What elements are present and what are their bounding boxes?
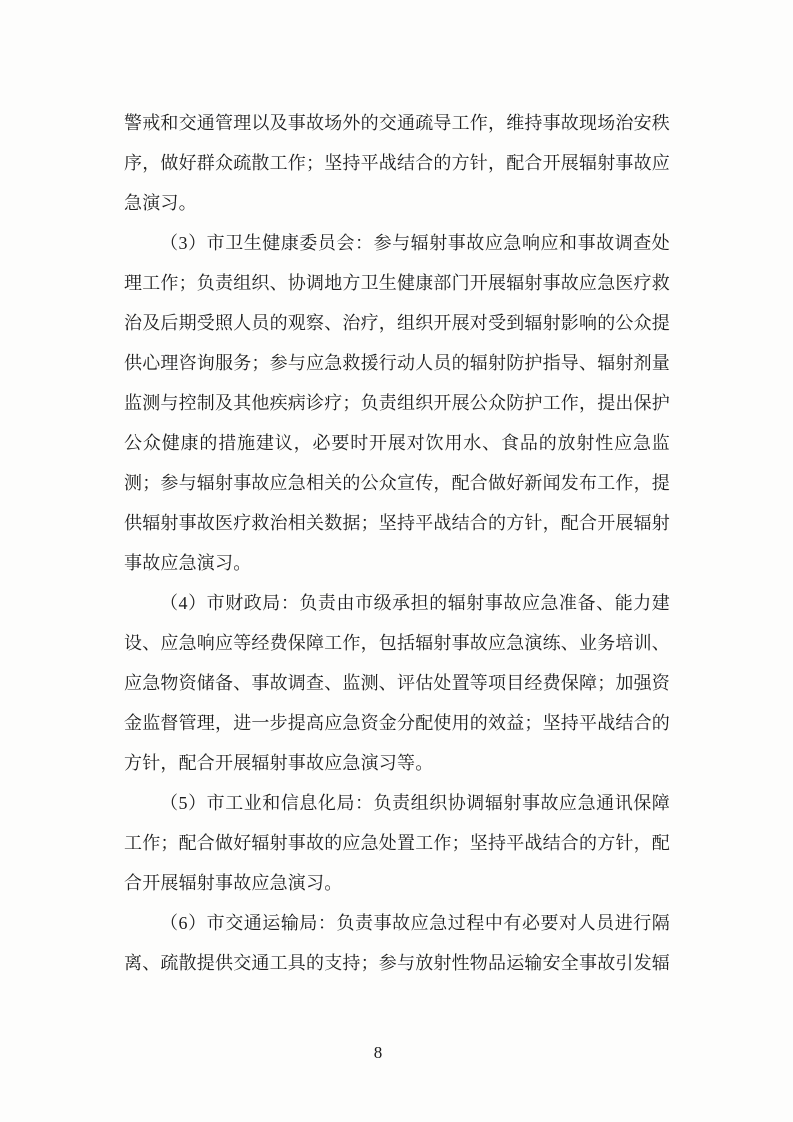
paragraph-item-5-industry-information-bureau: （5）市工业和信息化局：负责组织协调辐射事故应急通讯保障工作；配合做好辐射事故的… — [124, 783, 670, 903]
paragraph-item-6-transport-bureau: （6）市交通运输局：负责事故应急过程中有必要对人员进行隔离、疏散提供交通工具的支… — [124, 903, 670, 983]
document-page: 警戒和交通管理以及事故场外的交通疏导工作，维持事故现场治安秩序，做好群众疏散工作… — [0, 0, 793, 1122]
body-text: 警戒和交通管理以及事故场外的交通疏导工作，维持事故现场治安秩序，做好群众疏散工作… — [124, 103, 670, 983]
paragraph-item-4-finance-bureau: （4）市财政局：负责由市级承担的辐射事故应急准备、能力建设、应急响应等经费保障工… — [124, 583, 670, 783]
page-number: 8 — [0, 1043, 756, 1063]
paragraph-continuation: 警戒和交通管理以及事故场外的交通疏导工作，维持事故现场治安秩序，做好群众疏散工作… — [124, 103, 670, 223]
paragraph-item-3-health-commission: （3）市卫生健康委员会：参与辐射事故应急响应和事故调查处理工作；负责组织、协调地… — [124, 223, 670, 583]
